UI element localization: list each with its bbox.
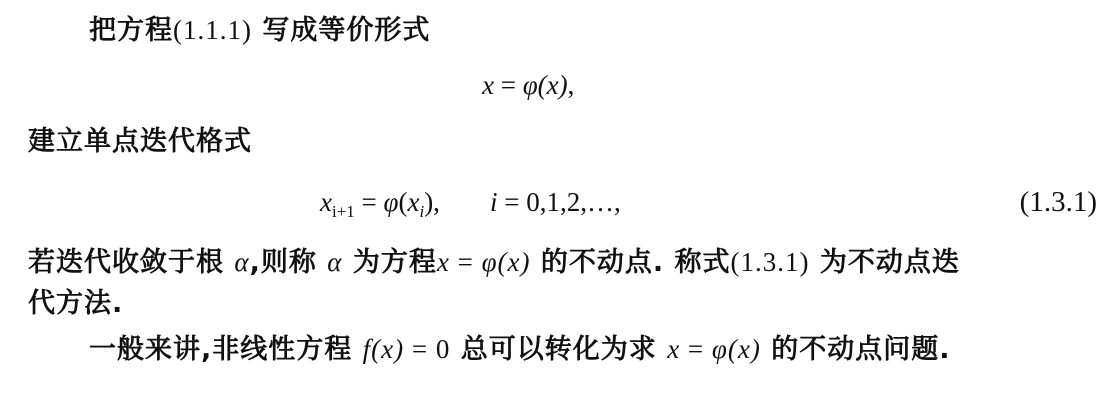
remark-text-2: 总可以转化为求: [450, 334, 667, 365]
remark-math-x: x: [667, 334, 680, 364]
def-text-4: 的不动点. 称式: [530, 247, 730, 278]
eq-lhs: x: [482, 70, 494, 100]
def-text-1: 若迭代收敛于根: [28, 247, 234, 278]
alpha-symbol: α: [234, 247, 249, 277]
paragraph-fixed-point-def-line2: 代方法.: [28, 287, 123, 321]
equation-reference: (1.1.1): [173, 15, 252, 45]
remark-fx: f(x): [363, 334, 404, 364]
def-math-eq: =: [450, 247, 482, 277]
paragraph-iteration-scheme: 建立单点迭代格式: [28, 125, 252, 159]
intro-text: 把方程: [89, 15, 173, 46]
remark-math-arg: (x): [728, 334, 761, 364]
index-values: 0,1,2,…,: [526, 187, 621, 217]
remark-math-eq: =: [680, 334, 712, 364]
iter-equals: =: [355, 187, 384, 217]
intro-text-end: 写成等价形式: [252, 15, 430, 46]
def-math-arg: (x): [498, 247, 531, 277]
def-text-2: ,则称: [250, 247, 328, 278]
def-text-6: 代方法.: [28, 288, 123, 319]
eq-equals: =: [494, 70, 523, 100]
iter-phi: φ: [384, 187, 399, 217]
def-math-x: x: [437, 247, 450, 277]
scheme-text: 建立单点迭代格式: [28, 126, 252, 157]
def-text-3: 为方程: [342, 247, 436, 278]
paragraph-fixed-point-def-line1: 若迭代收敛于根 α,则称 α 为方程x = φ(x) 的不动点. 称式(1.3.…: [28, 245, 960, 280]
iter-rhs-var: x: [407, 187, 419, 217]
index-equals: =: [497, 187, 526, 217]
remark-text-3: 的不动点问题.: [761, 334, 951, 365]
paragraph-intro: 把方程(1.1.1) 写成等价形式: [89, 13, 430, 48]
remark-eq-zero: = 0: [404, 334, 450, 364]
paragraph-general-remark: 一般来讲,非线性方程 f(x) = 0 总可以转化为求 x = φ(x) 的不动…: [89, 332, 950, 367]
equation-iteration: xi+1 = φ(xi),i = 0,1,2,…,: [320, 185, 621, 220]
eq-arg: (x): [538, 70, 568, 100]
def-equation-reference: (1.3.1): [731, 247, 810, 277]
remark-math-phi: φ: [712, 334, 728, 364]
alpha-symbol-2: α: [327, 247, 342, 277]
equation-number: (1.3.1): [1020, 185, 1097, 219]
remark-text-1: 一般来讲,非线性方程: [89, 334, 363, 365]
iter-lhs-var: x: [320, 187, 332, 217]
iter-close: ),: [424, 187, 440, 217]
iter-lhs-sub: i+1: [332, 202, 355, 221]
def-text-5: 为不动点迭: [810, 247, 960, 278]
def-math-phi: φ: [482, 247, 498, 277]
eq-punct: ,: [568, 70, 575, 100]
eq-phi: φ: [523, 70, 538, 100]
equation-fixed-point-form: x = φ(x),: [482, 68, 574, 103]
